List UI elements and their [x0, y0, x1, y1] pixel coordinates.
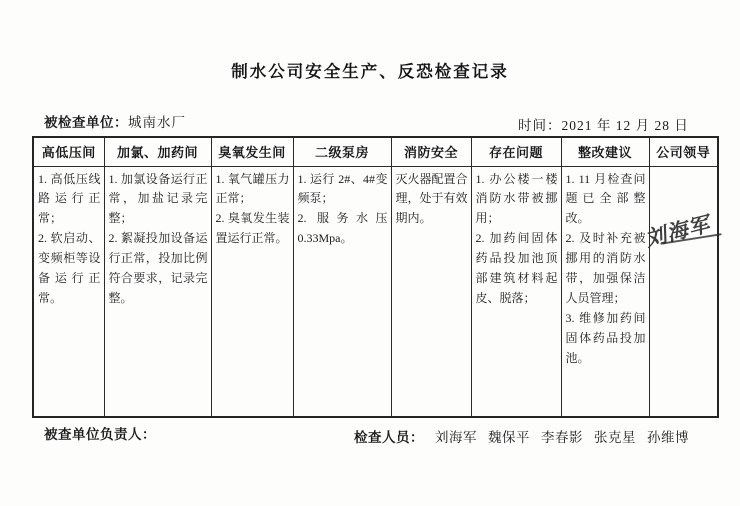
column-header: 高低压间 [33, 137, 104, 166]
document-title: 制水公司安全生产、反恐检查记录 [0, 58, 740, 82]
inspector-name: 魏保平 [488, 430, 530, 445]
table-cell: 1. 11 月检查问题已全部整改。 2. 及时补充被挪用的消防水带，加强保洁人员… [561, 166, 649, 417]
inspectors: 检查人员：刘海军魏保平李春影张克星孙维博 [354, 426, 689, 446]
table-cell: 1. 办公楼一楼消防水带被挪用； 2. 加药间固体药品投加池顶部建筑材料起皮、脱… [471, 166, 561, 417]
column-header: 公司领导 [649, 137, 718, 166]
inspected-unit-value: 城南水厂 [128, 115, 186, 130]
table-cell: 1. 氧气罐压力正常； 2. 臭氧发生装置运行正常。 [211, 166, 293, 417]
inspected-unit: 被检查单位：城南水厂 [44, 111, 186, 131]
content-row: 1. 高低压线路运行正常； 2. 软启动、变频柜等设备运行正常。1. 加氯设备运… [33, 166, 718, 417]
inspector-name: 孙维博 [647, 430, 689, 445]
header-row: 高低压间加氯、加药间臭氧发生间二级泵房消防安全存在问题整改建议公司领导 [33, 137, 718, 166]
table-cell: 1. 高低压线路运行正常； 2. 软启动、变频柜等设备运行正常。 [33, 166, 104, 417]
table-cell: 1. 运行 2#、4#变频泵； 2. 服务水压 0.33Mpa。 [293, 166, 391, 417]
column-header: 存在问题 [471, 137, 561, 166]
inspector-name: 刘海军 [435, 430, 477, 445]
table-cell [649, 166, 718, 417]
table-cell: 1. 加氯设备运行正常，加盐记录完整； 2. 絮凝投加设备运行正常，投加比例符合… [104, 166, 211, 417]
inspection-record-table: 高低压间加氯、加药间臭氧发生间二级泵房消防安全存在问题整改建议公司领导 1. 高… [32, 136, 719, 418]
inspectors-label: 检查人员： [354, 430, 424, 445]
inspector-name: 张克星 [594, 430, 636, 445]
column-header: 消防安全 [391, 137, 471, 166]
column-header: 臭氧发生间 [211, 137, 293, 166]
date-label: 时间： [518, 118, 562, 133]
date-value: 2021 年 12 月 28 日 [562, 118, 689, 133]
column-header: 加氯、加药间 [104, 137, 211, 166]
responsible-person-label: 被查单位负责人： [44, 423, 156, 443]
column-header: 二级泵房 [293, 137, 391, 166]
inspected-unit-label: 被检查单位： [44, 115, 128, 130]
table-cell: 灭火器配置合理，处于有效期内。 [391, 166, 471, 417]
inspection-date: 时间：2021 年 12 月 28 日 [518, 114, 689, 134]
scanned-document-page: 制水公司安全生产、反恐检查记录 被检查单位：城南水厂 时间：2021 年 12 … [0, 0, 740, 506]
inspector-names: 刘海军魏保平李春影张克星孙维博 [424, 430, 689, 445]
column-header: 整改建议 [561, 137, 649, 166]
inspector-name: 李春影 [541, 430, 583, 445]
